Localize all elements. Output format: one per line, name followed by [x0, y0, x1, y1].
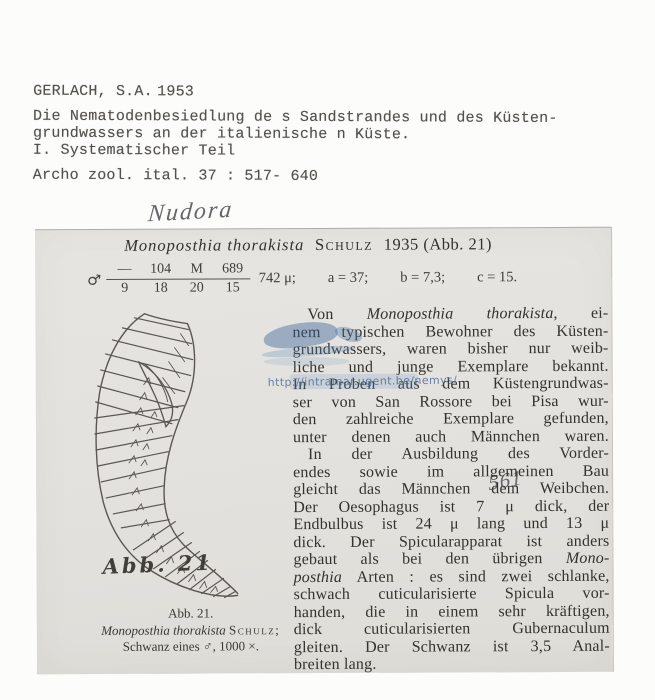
fraction-numerator: M [179, 261, 215, 277]
fraction-denominator: 18 [143, 280, 179, 297]
body-line: Endbulbus ist 24 μ lang und 13 μ [293, 515, 609, 534]
reference-block: GERLACH, S.A. 1953 Die Nematodenbesiedlu… [33, 83, 633, 187]
body-line: ser von San Rossore bei Pisa wur- [293, 392, 609, 411]
ratio-c: c = 15. [477, 269, 517, 286]
body-line: Der Oesophagus ist 7 μ dick, der [293, 497, 609, 516]
body-line: gebaut als bei den übrigen Mono- [293, 550, 609, 569]
body-line: handen, die in einem sehr kräftigen, [294, 602, 610, 621]
fraction-denominators: 9 18 20 15 [107, 279, 251, 297]
figure-caption-number: Abb. 21. [57, 605, 325, 623]
body-line: dick. Der Spicularapparat ist anders [293, 532, 609, 551]
species-heading: Monoposthia thorakista Schulz 1935 (Abb.… [35, 234, 581, 256]
body-line: grundwassers, waren bisher nur weib- [293, 340, 609, 359]
journal-excerpt-scan: Monoposthia thorakista Schulz 1935 (Abb.… [35, 227, 613, 675]
measurement-fraction: — 104 M 689 9 18 20 15 [107, 261, 251, 297]
reference-journal: Archo zool. ital. 37 : 517- 640 [33, 167, 633, 187]
figure-caption-species-line: Monoposthia thorakista Schulz; [57, 621, 325, 639]
species-year-figure-ref: 1935 (Abb. 21) [384, 234, 492, 253]
species-name: Monoposthia thorakista [124, 235, 304, 255]
reference-year: 1953 [157, 83, 194, 100]
body-line: gleicht das Männchen dem Weibchen. [293, 480, 609, 499]
ratio-b: b = 7,3; [400, 269, 445, 286]
figure-caption-authority: Schulz; [229, 622, 280, 637]
measurements-row: ♂ — 104 M 689 9 18 20 15 742 μ; a = 37; … [87, 260, 517, 297]
scanned-reference-card: GERLACH, S.A. 1953 Die Nematodenbesiedlu… [0, 0, 655, 700]
body-line: posthia Arten : es sind zwei schlanke, [294, 567, 610, 586]
figure-caption: Abb. 21. Monoposthia thorakista Schulz; … [57, 605, 325, 656]
body-line: endes sowie im allgemeinen Bau [293, 462, 609, 481]
fraction-denominator: 15 [215, 279, 251, 296]
body-line: schwach cuticularisierte Spicula vor- [294, 585, 610, 604]
handwritten-genus-annotation: Nudora [147, 197, 235, 229]
fraction-numerator: — [107, 262, 143, 278]
body-line: liche und junge Exemplare bekannt. [293, 357, 609, 376]
reference-author-line: GERLACH, S.A. 1953 [33, 83, 633, 103]
species-authority: Schulz [315, 235, 373, 254]
body-line: Von Monoposthia thorakista, ei- [292, 305, 608, 324]
fraction-denominator: 20 [179, 279, 215, 296]
body-line: den zahlreiche Exemplare gefunden, [293, 410, 609, 429]
fraction-numerator: 104 [143, 262, 179, 278]
male-symbol: ♂ [86, 270, 102, 290]
body-line: In der Ausbildung des Vorder- [293, 445, 609, 464]
body-text: Von Monoposthia thorakista, ei-nem typis… [292, 305, 610, 674]
body-line: In Proben aus dem Küstengrundwas- [293, 375, 609, 394]
body-line: breiten lang. [294, 655, 610, 674]
reference-author: GERLACH, S.A. [33, 83, 153, 101]
body-line: nem typischen Bewohner des Küsten- [292, 322, 608, 341]
fraction-numerator: 689 [215, 261, 251, 277]
body-line: dick cuticularisierten Gubernaculum [294, 620, 610, 639]
figure-caption-detail: Schwanz eines ♂, 1000 ×. [57, 638, 325, 656]
fraction-numerators: — 104 M 689 [107, 261, 251, 280]
total-length: 742 μ; [259, 270, 296, 287]
body-line: unter denen auch Männchen waren. [293, 427, 609, 446]
figure-caption-species: Monoposthia thorakista [101, 622, 226, 638]
reference-title-line-3: I. Systematischer Teil [33, 142, 633, 162]
ratio-a: a = 37; [328, 270, 368, 287]
figure-inline-label: Abb. 21 [102, 550, 213, 579]
body-line: gleiten. Der Schwanz ist 3,5 Anal- [294, 637, 610, 656]
fraction-denominator: 9 [107, 280, 143, 297]
